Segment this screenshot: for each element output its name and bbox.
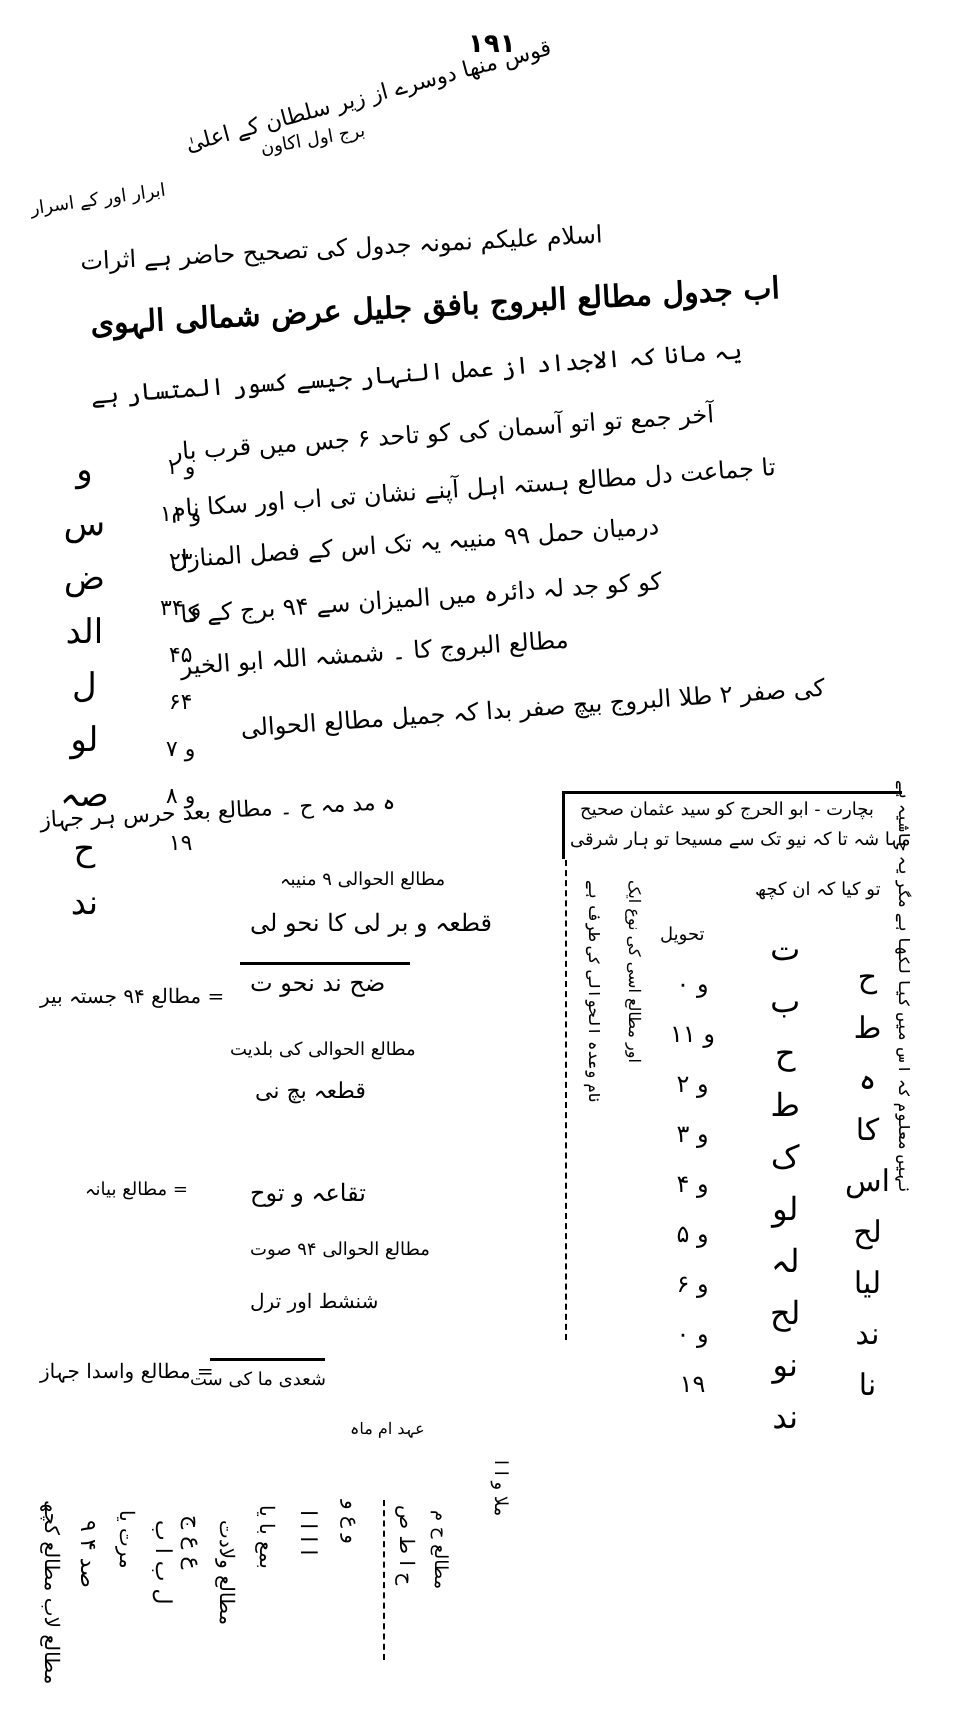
- letter: و: [76, 450, 92, 490]
- letter: لح: [853, 1215, 882, 1250]
- letter: ہ: [859, 1062, 877, 1097]
- letter: کا: [856, 1113, 879, 1148]
- bottom-column: مرت یا: [115, 1510, 139, 1630]
- far-right-letters: ح ط ہ کا اس لح لیا ند نا: [845, 960, 890, 1403]
- left-table-letters: و س ض الد ل لو صہ ح ند: [60, 450, 109, 923]
- letter: ک: [771, 1138, 800, 1176]
- letter: ب: [770, 982, 800, 1020]
- letter: لہ: [771, 1242, 800, 1280]
- body-line: آخر جمع تو اتو آسمان کی کو تاحد ۶ جس میں…: [170, 401, 715, 465]
- heading-line: یہ مانا کہ الاجداد از عمل النہار جیسے کس…: [90, 337, 743, 409]
- number: ۲ و: [676, 1070, 708, 1098]
- top-margin-note: قوس منھا دوسرے از زیر سلطان کے اعلیٰ: [183, 37, 554, 158]
- letter: لو: [772, 1190, 798, 1228]
- body-line: مطالع البروج کا ۔ شمشہ اللہ ابو الخیر: [180, 626, 570, 679]
- bottom-column: ل ب ا ب: [150, 1520, 175, 1670]
- fraction-bar: [240, 962, 410, 965]
- bottom-column: ملا و ا ا: [490, 1460, 511, 1620]
- right-table-header: تحویل: [660, 925, 705, 945]
- box-note: مہا شہ تا کہ نیو تک سے مسیحا تو ہار شرقی: [570, 830, 911, 850]
- value: ۱ و: [166, 455, 195, 480]
- bottom-separator: [383, 1500, 385, 1660]
- letter: لو: [70, 720, 98, 760]
- bottom-column: ع ع ج: [180, 1515, 205, 1665]
- box-note: بچارت - ابو الحرج کو سید عثمان صحیح: [580, 800, 874, 820]
- body-line: کی صفر ۲ طلا البروج بیچ صفر بدا کہ جمیل …: [240, 675, 826, 742]
- calc-line: مطالع الحوالی کی بلدیت: [230, 1040, 416, 1060]
- letter: ت: [770, 930, 800, 968]
- bottom-column: مطالع ح م: [430, 1510, 451, 1660]
- value: ۶۴: [169, 690, 193, 715]
- equation-label: = مطالع واسدا جہاز: [40, 1360, 214, 1382]
- body-line: کو کو جد لہ دائرہ میں المیزان سے ۹۴ برج …: [180, 568, 663, 628]
- bottom-column: مطالع ولادت: [215, 1520, 239, 1670]
- calc-line: ضح ند نحو ت: [250, 970, 385, 996]
- vertical-note: نام وعدہ الحوالی کی طرف ہے: [585, 880, 604, 1340]
- bottom-column: مطالع لاب مطالع کچھ: [40, 1500, 64, 1700]
- equation-label: = مطالع بیانہ: [85, 1180, 188, 1200]
- number: ۴ و: [676, 1170, 708, 1198]
- letter: نو: [772, 1346, 797, 1384]
- value: ۷ و: [166, 737, 195, 762]
- number: ۶ و: [676, 1270, 708, 1298]
- letter: ند: [855, 1317, 879, 1352]
- equation-label: = مطالع ۹۴ جستہ بیر: [40, 985, 224, 1007]
- calc-line: قطعہ بچ نی: [255, 1080, 366, 1104]
- box-left-border: [562, 791, 565, 859]
- value: ۳۴ و: [160, 596, 201, 621]
- letter: نا: [859, 1368, 877, 1403]
- bottom-column: ح ا ط ص: [395, 1505, 419, 1655]
- value: ۱۱ و: [160, 502, 201, 527]
- letter: ط: [770, 1086, 800, 1124]
- right-table-numbers: ۰ و ۱۱ و ۲ و ۳ و ۴ و ۵ و ۶ و ۰ و ۱۹: [670, 970, 715, 1398]
- heading-line: اسلام علیکم نمونہ جدول کی تصحیح حاضر ہے …: [80, 221, 603, 275]
- number: ۳ و: [676, 1120, 708, 1148]
- letter: ض: [64, 558, 105, 598]
- number: ۵ و: [676, 1220, 708, 1248]
- column-separator: [565, 860, 567, 1340]
- calc-line: مطالع الحوالی ۹۴ صوت: [250, 1240, 430, 1260]
- bottom-note: عہد ام ماہ: [350, 1420, 425, 1438]
- number: ۱۹: [680, 1370, 706, 1398]
- box-top-border: [562, 791, 902, 794]
- bottom-column: ا ا ا ا: [295, 1510, 320, 1670]
- number: ۱۱ و: [670, 1020, 715, 1048]
- value: ۴۵: [169, 643, 193, 668]
- letter: س: [64, 504, 106, 544]
- heading-title: اب جدول مطالع البروج بافق جلیل عرض شمالی…: [90, 272, 781, 341]
- letter: ح: [73, 829, 95, 869]
- calc-line: شنشط اور ترل: [250, 1290, 378, 1312]
- right-margin-note: نہیں معلوم کہ اس میں کیا لکھا ہے مگر یہ …: [895, 780, 914, 1340]
- number: ۰ و: [676, 1320, 708, 1348]
- letter: لیا: [854, 1266, 881, 1301]
- letter: اس: [845, 1164, 890, 1199]
- letter: ند: [71, 883, 98, 923]
- left-table-values: ۱ و ۱۱ و ۲۳ ۳۴ و ۴۵ ۶۴ ۷ و ۸ و ۱۹: [160, 455, 201, 856]
- calc-line: مطالع الحوالی ۹ منیبہ: [280, 870, 445, 890]
- calc-line: تقاعہ و توح: [250, 1180, 366, 1206]
- calc-line: قطعہ و بر لی کا نحو لی: [250, 910, 492, 936]
- bottom-column: و ع و: [340, 1500, 364, 1650]
- letter: ح: [775, 1034, 796, 1072]
- right-table-letters: ت ب ح ط ک لو لہ لح نو ند: [770, 930, 800, 1436]
- letter: ند: [772, 1398, 798, 1436]
- fraction-bar: [210, 1358, 325, 1361]
- value: ۱۹: [169, 831, 193, 856]
- top-margin-note: ابرار اور کے اسرار: [29, 181, 166, 220]
- number: ۰ و: [676, 970, 708, 998]
- value: ۲۳: [169, 549, 193, 574]
- bottom-column: صد ۴ ۹: [75, 1520, 100, 1680]
- body-line: درمیان حمل ۹۹ منیبہ یہ تک اس کے فصل المن…: [170, 513, 660, 573]
- body-line: تا جماعت دل مطالع ہستہ اہل آپنے نشان تی …: [170, 454, 777, 523]
- box-note: تو کیا کہ ان کچھ: [755, 880, 881, 900]
- letter: الد: [66, 612, 104, 652]
- letter: ح: [858, 960, 877, 995]
- vertical-note: اور مطالع اسی کی نوع ایک: [625, 880, 644, 1340]
- bottom-column: بمع با یا: [255, 1505, 279, 1675]
- letter: ط: [854, 1011, 882, 1046]
- letter: لح: [770, 1294, 800, 1332]
- letter: ل: [72, 666, 97, 706]
